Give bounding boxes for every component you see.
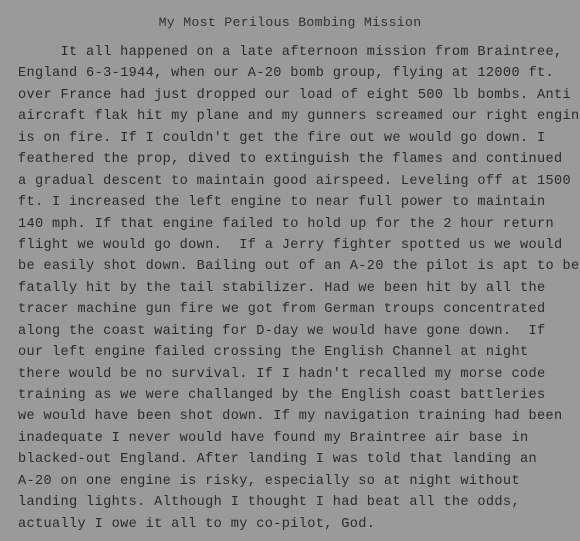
body-line: there would be no survival. If I hadn't …	[18, 364, 578, 385]
body-line: aircraft flak hit my plane and my gunner…	[18, 106, 578, 127]
body-line: fatally hit by the tail stabilizer. Had …	[18, 278, 578, 299]
body-line: A-20 on one engine is risky, especially …	[18, 471, 578, 492]
body-line: England 6-3-1944, when our A-20 bomb gro…	[18, 63, 578, 84]
body-line: training as we were challanged by the En…	[18, 385, 578, 406]
body-line: It all happened on a late afternoon miss…	[18, 42, 578, 63]
body-line: we would have been shot down. If my navi…	[18, 406, 578, 427]
body-line: is on fire. If I couldn't get the fire o…	[18, 128, 578, 149]
body-line: blacked-out England. After landing I was…	[18, 449, 578, 470]
body-line: ft. I increased the left engine to near …	[18, 192, 578, 213]
body-line: landing lights. Although I thought I had…	[18, 492, 578, 513]
body-line: a gradual descent to maintain good airsp…	[18, 171, 578, 192]
body-line: feathered the prop, dived to extinguish …	[18, 149, 578, 170]
body-line: actually I owe it all to my co-pilot, Go…	[18, 514, 578, 535]
body-line: inadequate I never would have found my B…	[18, 428, 578, 449]
body-line: along the coast waiting for D-day we wou…	[18, 321, 578, 342]
body-line: be easily shot down. Bailing out of an A…	[18, 256, 578, 277]
body-line: flight we would go down. If a Jerry figh…	[18, 235, 578, 256]
document-body: It all happened on a late afternoon miss…	[18, 42, 578, 535]
body-line: our left engine failed crossing the Engl…	[18, 342, 578, 363]
body-line: over France had just dropped our load of…	[18, 85, 578, 106]
body-line: tracer machine gun fire we got from Germ…	[18, 299, 578, 320]
body-line: 140 mph. If that engine failed to hold u…	[18, 214, 578, 235]
typed-document-page: My Most Perilous Bombing Mission It all …	[0, 0, 580, 541]
document-title: My Most Perilous Bombing Mission	[0, 15, 580, 30]
